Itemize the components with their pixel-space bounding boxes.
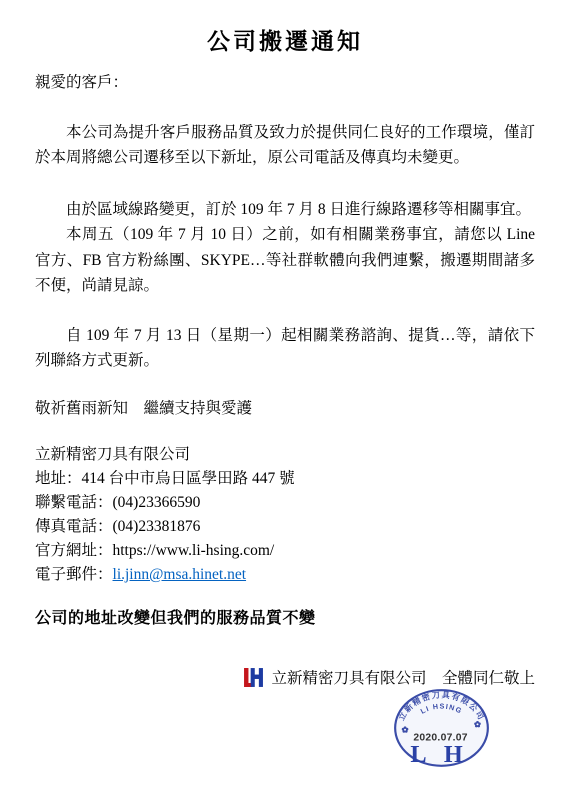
company-stamp: 立新精密刀具有限公司 LI HSING 2020.07.07 L H [392, 685, 491, 771]
website-line: 官方網址：https://www.li-hsing.com/ [35, 539, 535, 563]
phone-line: 聯繫電話：(04)23366590 [35, 491, 535, 515]
contact-block: 立新精密刀具有限公司 地址：414 台中市烏日區學田路 447 號 聯繫電話：(… [35, 443, 535, 587]
letter-page: 公司搬遷通知 親愛的客戶： 本公司為提升客戶服務品質及致力於提供同仁良好的工作環… [0, 0, 565, 800]
paragraph-contact-channels: 本周五（109 年 7 月 10 日）之前，如有相關業務事宜，請您以 Line … [35, 222, 535, 299]
paragraph-service-quality: 本公司為提升客戶服務品質及致力於提供同仁良好的工作環境，僅訂於本周將總公司遷移至… [35, 120, 535, 171]
closing-wish: 敬祈舊雨新知 繼續支持與愛護 [35, 396, 535, 422]
page-title: 公司搬遷通知 [35, 26, 535, 58]
address-line: 地址：414 台中市烏日區學田路 447 號 [35, 467, 535, 491]
paragraph-line-migration: 由於區域線路變更，訂於 109 年 7 月 8 日進行線路遷移等相關事宜。 [35, 197, 535, 223]
email-label: 電子郵件： [35, 566, 113, 583]
company-name: 立新精密刀具有限公司 [35, 443, 535, 467]
salutation: 親愛的客戶： [35, 70, 535, 96]
company-logo-icon [243, 667, 264, 688]
stamp-monogram: L H [410, 741, 469, 768]
paragraph-new-contact-date: 自 109 年 7 月 13 日（星期一）起相關業務諮詢、提貨…等，請依下列聯絡… [35, 323, 535, 374]
email-link[interactable]: li.jinn@msa.hinet.net [113, 566, 247, 583]
service-statement: 公司的地址改變但我們的服務品質不變 [35, 605, 535, 628]
fax-line: 傳真電話：(04)23381876 [35, 515, 535, 539]
email-line: 電子郵件：li.jinn@msa.hinet.net [35, 563, 535, 587]
